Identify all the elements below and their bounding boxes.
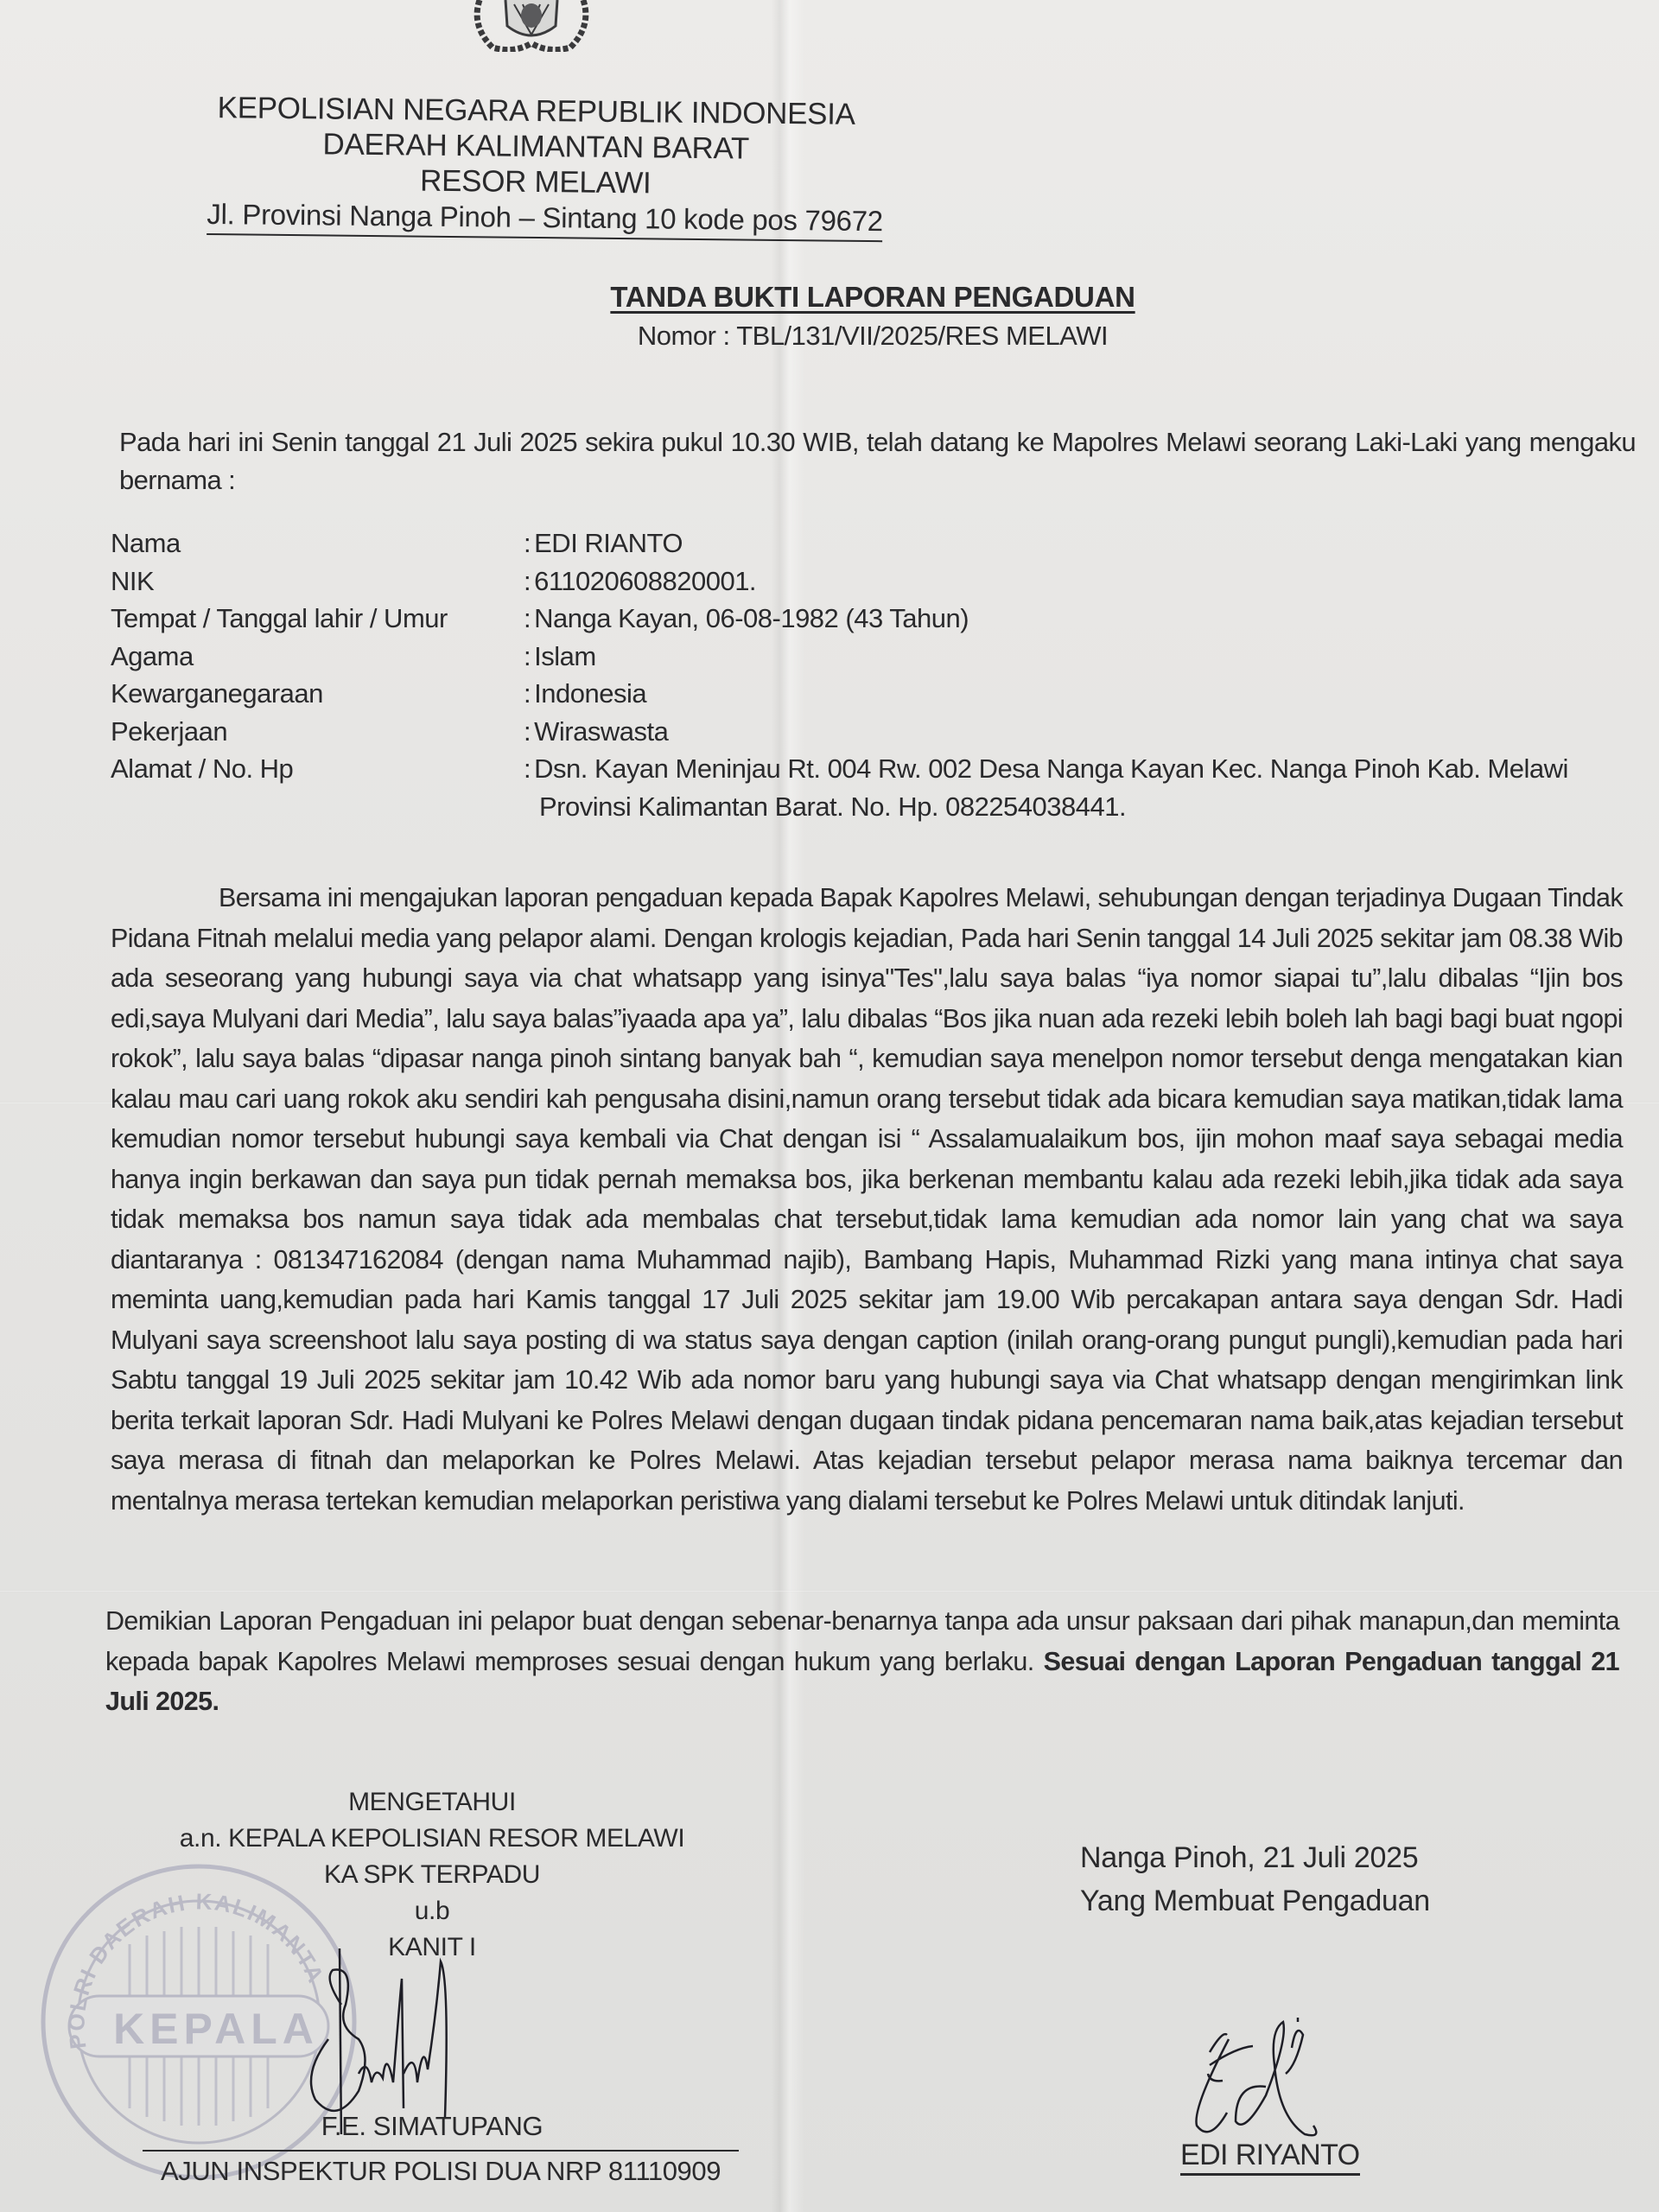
closing-paragraph: Demikian Laporan Pengaduan ini pelapor b… (105, 1601, 1619, 1722)
identity-row: Kewarganegaraan :Indonesia (111, 675, 1649, 713)
document-page: KEPOLISIAN NEGARA REPUBLIK INDONESIA DAE… (0, 0, 1659, 2212)
intro-paragraph: Pada hari ini Senin tanggal 21 Juli 2025… (119, 423, 1636, 499)
institution-address: Jl. Provinsi Nanga Pinoh – Sintang 10 ko… (207, 196, 883, 242)
on-behalf-label: a.n. KEPALA KEPOLISIAN RESOR MELAWI (130, 1821, 734, 1857)
identity-value: Islam (534, 641, 596, 671)
identity-value: 611020608820001. (534, 566, 756, 596)
identity-label: Kewarganegaraan (111, 675, 524, 713)
officer-rank: AJUN INSPEKTUR POLISI DUA NRP 81110909 (143, 2150, 739, 2190)
document-header: TANDA BUKTI LAPORAN PENGADUAN Nomor : TB… (570, 281, 1175, 352)
complaint-body: Bersama ini mengajukan laporan pengaduan… (111, 878, 1623, 1521)
identity-row: NIK :611020608820001. (111, 563, 1649, 601)
letterhead: KEPOLISIAN NEGARA REPUBLIK INDONESIA DAE… (207, 90, 865, 242)
ub-label: u.b (130, 1893, 734, 1929)
reporter-role: Yang Membuat Pengaduan (1080, 1879, 1478, 1923)
identity-label: Nama (111, 524, 524, 563)
identity-label: Tempat / Tanggal lahir / Umur (111, 600, 524, 638)
identity-row: Alamat / No. Hp :Dsn. Kayan Meninjau Rt.… (111, 750, 1649, 863)
officer-signature-icon (307, 1944, 497, 2134)
identity-label: NIK (111, 563, 524, 601)
identity-row: Tempat / Tanggal lahir / Umur :Nanga Kay… (111, 600, 1649, 638)
unit-label: KA SPK TERPADU (130, 1857, 734, 1893)
identity-value: Dsn. Kayan Meninjau Rt. 004 Rw. 002 Desa… (534, 753, 1568, 784)
reporter-signature-icon (1184, 2013, 1357, 2147)
identity-label: Agama (111, 638, 524, 676)
identity-value: Wiraswasta (534, 716, 668, 747)
document-number: Nomor : TBL/131/VII/2025/RES MELAWI (570, 321, 1175, 352)
reporter-identity: Nama :EDI RIANTO NIK :611020608820001. T… (111, 524, 1649, 863)
reporter-name: EDI RIYANTO (1180, 2139, 1360, 2176)
police-emblem-icon (454, 0, 609, 52)
document-title: TANDA BUKTI LAPORAN PENGADUAN (570, 281, 1175, 314)
identity-value: Nanga Kayan, 06-08-1982 (43 Tahun) (534, 603, 969, 633)
identity-value-continued: Provinsi Kalimantan Barat. No. Hp. 08225… (524, 788, 1649, 826)
institution-name: KEPOLISIAN NEGARA REPUBLIK INDONESIA (207, 90, 864, 132)
identity-row: Nama :EDI RIANTO (111, 524, 1649, 563)
place-date: Nanga Pinoh, 21 Juli 2025 (1080, 1836, 1478, 1879)
identity-value: Indonesia (534, 678, 646, 709)
acknowledged-label: MENGETAHUI (130, 1784, 734, 1821)
identity-row: Pekerjaan :Wiraswasta (111, 713, 1649, 751)
reporter-signature-block: Nanga Pinoh, 21 Juli 2025 Yang Membuat P… (1080, 1836, 1478, 1923)
identity-label: Pekerjaan (111, 713, 524, 751)
paper-fold (0, 1590, 1659, 1592)
identity-value: EDI RIANTO (534, 528, 683, 558)
identity-row: Agama :Islam (111, 638, 1649, 676)
identity-label: Alamat / No. Hp (111, 750, 524, 863)
